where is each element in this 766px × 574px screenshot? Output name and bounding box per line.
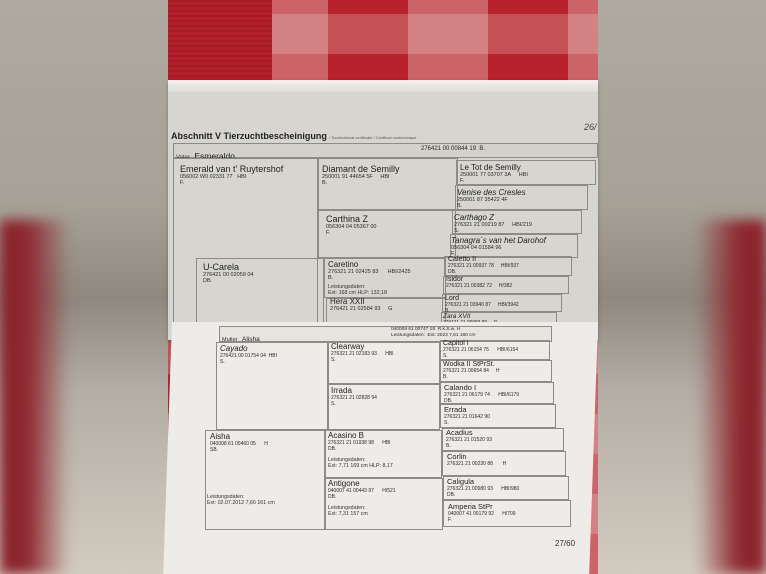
horse-name: Caretino: [328, 260, 411, 269]
studbook: HBI: [237, 174, 246, 180]
section-title-text: Abschnitt V Tierzuchtbescheinigung: [171, 131, 327, 141]
horse-color: B.: [457, 203, 526, 209]
mother-reg-number: 040008 61 00747 18: [391, 327, 435, 332]
horse-color: S.: [220, 359, 277, 365]
reg-number: 276321 21 06154 75: [443, 347, 489, 353]
performance-data: Ext: 168 cm HLP: 132,18: [328, 290, 411, 296]
horse-entry: Clearway 276321 21 02183 93 HBI S.: [331, 342, 394, 363]
horse-color: DB.: [328, 446, 393, 452]
studbook: G: [388, 306, 392, 312]
horse-name: Carthago Z: [454, 213, 532, 222]
horse-reg: 040008 61 00460 05 H: [210, 441, 268, 447]
horse-reg: 276321 21 03940 87 HBI/3942: [445, 302, 519, 308]
horse-reg: 276421 00 01754 04 HBI: [220, 353, 277, 359]
horse-entry: Diamant de Semilly 250001 91 44654 5F HB…: [322, 164, 400, 186]
horse-reg: 276321 21 02828 94: [331, 395, 377, 401]
horse-reg: 276321 21 00230 88 H: [447, 461, 506, 467]
section-subtitle: / Zootechnical certificate / Certificat …: [329, 135, 416, 140]
studbook: HBI: [519, 172, 528, 178]
performance-data: Ext: 7,71 169 cm HLP: 8,17: [328, 463, 393, 469]
father-reg: 276421 00 00844 19 B.: [421, 146, 485, 152]
father-reg-number: 276421 00 00844 19: [421, 146, 476, 152]
horse-color: S.: [331, 357, 394, 363]
horse-entry: Emerald van t' Ruytershof 056002 W0 0233…: [180, 164, 283, 186]
horse-color: S.: [443, 353, 518, 359]
horse-entry: Carthina Z 056304 04 05367 00 F.: [326, 214, 376, 236]
page-number-top: 26/: [584, 122, 597, 132]
horse-entry: Hera XXII 276421 21 02584 93 G: [330, 297, 392, 312]
page-number-bottom: 27/60: [555, 539, 575, 548]
horse-color: B.: [328, 275, 411, 281]
horse-name: Aisha: [210, 432, 268, 441]
horse-name: Errada: [444, 405, 490, 414]
horse-color: S.: [444, 420, 490, 426]
horse-entry: Wodka II StPrSt. 276321 21 00654 84 H B.: [443, 361, 499, 380]
horse-name: Isidor: [446, 276, 512, 283]
horse-color: B.: [322, 180, 400, 186]
reg-number: 250001 77 03707 3A: [460, 172, 511, 178]
horse-entry: Le Tot de Semilly 250001 77 03707 3A HBI…: [460, 163, 528, 184]
horse-entry: Lord 276321 21 03940 87 HBI/3942 B.: [445, 295, 519, 314]
mother-perf-label: Leistungsdaten:: [391, 333, 425, 338]
horse-entry: Isidor 276321 21 00382 72 H/382: [446, 276, 512, 289]
studbook: H: [264, 441, 268, 447]
reg-number: 276321 21 02183 93: [331, 351, 377, 357]
horse-name: Hera XXII: [330, 297, 392, 306]
studbook: HBI: [269, 353, 277, 359]
horse-name: Zara XVII: [443, 313, 497, 320]
studbook: HBI/937: [501, 263, 519, 269]
horse-color: DB.: [448, 269, 519, 275]
horse-name: Tanagra´s van het Darohof: [451, 236, 546, 245]
horse-reg: 276321 21 00654 84 H: [443, 368, 499, 374]
horse-color: DB.: [203, 278, 253, 284]
horse-name: Corlin: [447, 452, 506, 461]
reg-number: 276421 21 02584 93: [330, 306, 380, 312]
horse-name: Amperia StPr: [448, 502, 516, 511]
horse-entry: Caretino 276321 21 02425 83 HBI/2425 B. …: [328, 260, 411, 296]
horse-color: DB.: [328, 494, 396, 500]
horse-entry: Errada 276321 21 01642 90 S.: [444, 405, 490, 426]
horse-entry: Antigone 040007 41 00443 97 H/521 DB. Le…: [328, 479, 396, 517]
horse-color: F.: [460, 178, 528, 184]
father-row: [173, 143, 598, 158]
horse-name: Calando I: [444, 383, 519, 392]
reg-number: 250001 91 44654 5F: [322, 174, 373, 180]
horse-entry: Calando I 276321 21 06179 74 HBI/6179 DB…: [444, 383, 519, 404]
horse-color: S.: [454, 228, 532, 234]
reg-number: 276421 00 01754 04: [220, 353, 266, 359]
horse-color: F.: [326, 230, 376, 236]
horse-entry: Aisha 040008 61 00460 05 H SB.: [210, 432, 268, 453]
mother-info: R.k.S.w. H: [438, 327, 460, 332]
horse-name: Irrada: [331, 386, 377, 395]
studbook: HBI/6154: [497, 347, 518, 353]
horse-reg: 276321 21 00937 78 HBI/937: [448, 263, 519, 269]
studbook: HBI/980: [501, 486, 519, 492]
horse-name: Capitol I: [443, 340, 518, 347]
horse-entry: Tanagra´s van het Darohof 056304 04 0158…: [451, 236, 546, 257]
reg-number: 276321 21 03940 87: [445, 302, 491, 308]
horse-color: F.: [448, 517, 516, 523]
studbook: HBI/219: [512, 222, 532, 228]
tablecloth-stripes: [168, 0, 272, 80]
father-color: B.: [479, 146, 485, 152]
horse-name: Acasino B: [328, 431, 393, 440]
horse-entry: U-Carela 276421 00 02059 04 DB.: [203, 262, 253, 284]
studbook: HBI: [382, 440, 390, 446]
horse-reg: 276421 21 02584 93 G: [330, 306, 392, 312]
horse-entry: Irrada 276321 21 02828 94 S.: [331, 386, 377, 407]
reg-number: 040007 41 00179 92: [448, 511, 494, 517]
horse-reg: 250001 77 03707 3A HBI: [460, 172, 528, 178]
horse-reg: 276321 21 02183 93 HBI: [331, 351, 394, 357]
studbook: H: [496, 368, 500, 374]
horse-name: Antigone: [328, 479, 396, 488]
horse-reg: 276321 21 06179 74 HBI/6179: [444, 392, 519, 398]
horse-entry: Caletto II 276321 21 00937 78 HBI/937 DB…: [448, 256, 519, 275]
horse-entry: Capitol I 276321 21 06154 75 HBI/6154 S.: [443, 340, 518, 359]
horse-entry: Venise des Cresles 250001 87 35422 4F B.: [457, 188, 526, 209]
horse-reg: 276321 21 00219 87 HBI/219: [454, 222, 532, 228]
horse-color: DB.: [444, 398, 519, 404]
horse-name: Caletto II: [448, 256, 519, 263]
horse-entry: Acadius 276321 21 01520 93 B.: [446, 428, 492, 449]
horse-color: F.: [180, 180, 283, 186]
reg-number: 276321 21 00382 72: [446, 283, 492, 289]
page-edge: [168, 80, 598, 92]
horse-reg: 040007 41 00179 92 H/709: [448, 511, 516, 517]
horse-entry: Cayado 276421 00 01754 04 HBI S.: [220, 344, 277, 365]
horse-color: DB.: [447, 492, 519, 498]
mother-perf-data: Ext: 2023 7,81 160 cm: [428, 333, 476, 338]
horse-entry: Carthago Z 276321 21 00219 87 HBI/219 S.: [454, 213, 532, 234]
horse-reg: 276321 21 01520 93: [446, 437, 492, 443]
horse-color: S.: [331, 401, 377, 407]
reg-number: 056002 W0 02331 77: [180, 174, 233, 180]
horse-reg: 276321 21 06154 75 HBI/6154: [443, 347, 518, 353]
horse-name: Clearway: [331, 342, 394, 351]
mother-reg: 040008 61 00747 18 R.k.S.w. H: [391, 327, 460, 332]
horse-name: Carthina Z: [326, 214, 376, 224]
studbook: HBI/3942: [498, 302, 519, 308]
horse-name: Le Tot de Semilly: [460, 163, 528, 172]
studbook: HBI/6179: [498, 392, 519, 398]
horse-reg: 250001 91 44654 5F HBI: [322, 174, 400, 180]
mother-performance: Leistungsdaten: Ext: 2023 7,81 160 cm: [391, 333, 476, 338]
horse-name: Emerald van t' Ruytershof: [180, 164, 283, 174]
studbook: HBI/2425: [388, 269, 411, 275]
horse-color: SB.: [210, 447, 268, 453]
reg-number: 276321 21 00219 87: [454, 222, 504, 228]
studbook: H/709: [502, 511, 515, 517]
reg-number: 276321 21 00230 88: [447, 461, 493, 467]
blurred-red-cloth-right: [696, 220, 766, 574]
horse-color: B.: [446, 443, 492, 449]
horse-entry: Amperia StPr 040007 41 00179 92 H/709 F.: [448, 502, 516, 523]
horse-name: Venise des Cresles: [457, 188, 526, 197]
performance-block: Leistungsdaten: Ext: 02.07.2012 7,66 161…: [207, 494, 275, 506]
horse-reg: 276321 21 00980 93 HBI/980: [447, 486, 519, 492]
horse-reg: 056304 04 05367 00: [326, 224, 376, 230]
studbook: HBI: [385, 351, 393, 357]
studbook: H/382: [499, 283, 512, 289]
studbook: H: [503, 461, 507, 467]
section-title: Abschnitt V Tierzuchtbescheinigung / Zoo…: [171, 131, 417, 141]
horse-entry: Acasino B 276321 21 01938 98 HBI DB. Lei…: [328, 431, 393, 469]
performance-data: Ext: 02.07.2012 7,66 161 cm: [207, 500, 275, 506]
blurred-red-cloth-left: [0, 220, 70, 574]
horse-name: Wodka II StPrSt.: [443, 361, 499, 368]
performance-data: Ext: 7,31 157 cm: [328, 511, 396, 517]
horse-entry: Corlin 276321 21 00230 88 H: [447, 452, 506, 467]
horse-reg: 276321 21 00382 72 H/382: [446, 283, 512, 289]
horse-reg: 276321 21 01938 98 HBI: [328, 440, 393, 446]
reg-number: 276321 21 02425 83: [328, 269, 378, 275]
horse-reg: 040007 41 00443 97 H/521: [328, 488, 396, 494]
horse-name: Acadius: [446, 428, 492, 437]
reg-number: 276321 21 00654 84: [443, 368, 489, 374]
horse-reg: 276321 21 02425 83 HBI/2425: [328, 269, 411, 275]
horse-entry: Caligula 276321 21 00980 93 HBI/980 DB.: [447, 477, 519, 498]
studbook: HBI: [380, 174, 389, 180]
horse-name: Caligula: [447, 477, 519, 486]
horse-color: B.: [443, 374, 499, 380]
horse-name: U-Carela: [203, 262, 253, 272]
horse-name: Lord: [445, 295, 519, 302]
horse-name: Cayado: [220, 344, 277, 353]
horse-name: Diamant de Semilly: [322, 164, 400, 174]
studbook: H/521: [382, 488, 395, 494]
horse-reg: 276321 21 01642 90: [444, 414, 490, 420]
